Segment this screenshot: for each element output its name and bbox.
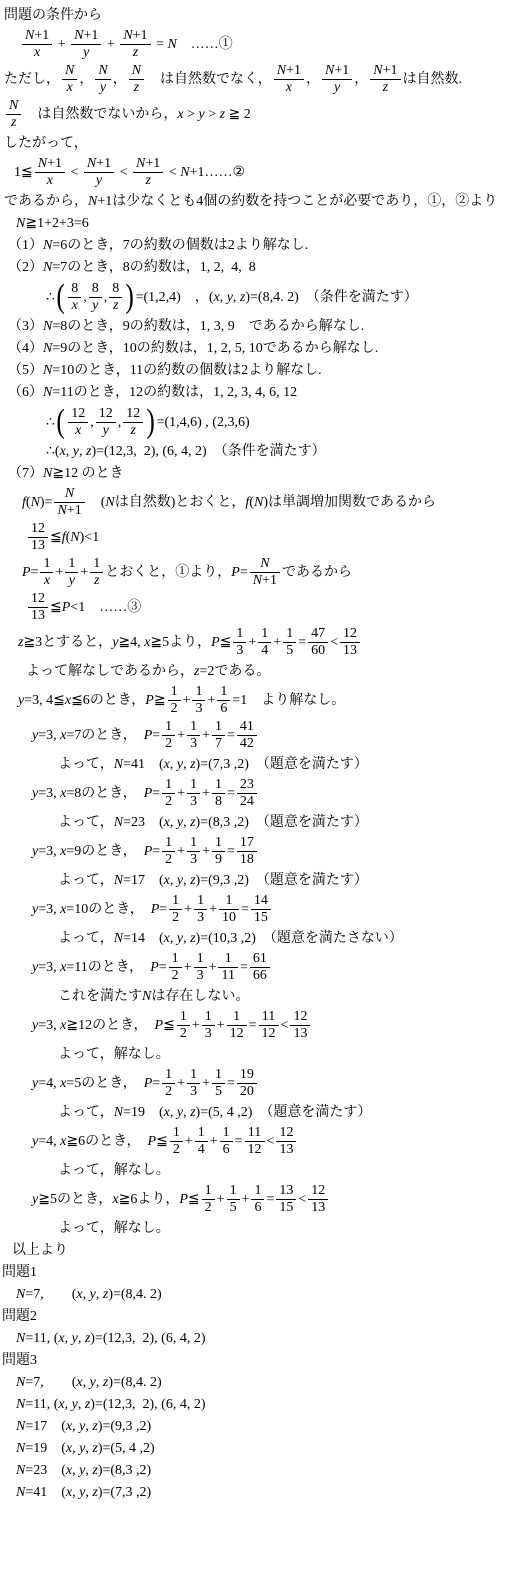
math-text: ∴ [46,287,55,308]
math-line-37: よって，解なし。 [58,1044,510,1065]
math-line-29: よって，N=23 (x, y, z)=(8,3 ,2) （題意を満たす） [58,812,510,833]
fraction: N+1z [370,63,400,96]
text: （題意を満たす） [249,754,368,775]
math-text: N=23 [16,1460,47,1481]
math-text: = [227,1073,235,1094]
math-text: + [209,957,217,978]
math-line-18: （7）N≧12 のとき [8,463,510,484]
text: （題意を満たす） [252,1102,371,1123]
fraction: 13 [192,684,205,717]
fraction-numerator: 8 [68,281,81,297]
math-text: + [80,562,88,583]
math-line-45: 問題1 [2,1262,510,1283]
text: より， [169,632,211,653]
math-text: ∴(x, y, z)=(12,3, 2), (6, 4, 2) [46,441,207,462]
fraction: 1213 [28,521,48,554]
fraction-denominator: z [90,572,103,589]
fraction: 12 [169,951,182,984]
math-text: + [184,899,192,920]
math-text: + [202,725,210,746]
math-text: y≧5 [32,1189,57,1210]
math-text: (x, y, z)=(10,3 ,2) [159,928,256,949]
math-text: = [227,841,235,862]
text: 問題1 [2,1262,37,1283]
fraction: 110 [219,893,239,926]
fraction: 12 [162,777,175,810]
math-text: + [54,34,69,55]
fraction-denominator: z [109,297,122,314]
fraction: 1718 [237,835,257,868]
math-text: < [330,632,338,653]
fraction-numerator: N+1 [71,28,101,44]
text: （2） [8,257,43,278]
fraction-denominator: x [35,172,65,189]
fraction-numerator: 1 [251,1183,264,1199]
fraction-denominator: 2 [162,1083,175,1100]
math-text: + [207,690,215,711]
fraction: 12 [170,1125,183,1158]
math-text: + [209,899,217,920]
fraction-denominator: 2 [168,700,181,717]
math-text: f(N)= [22,492,52,513]
math-text: + [202,841,210,862]
math-text: x > y > z ≧ 2 [177,104,250,125]
fraction-denominator: 15 [251,909,271,926]
fraction-numerator: N [54,486,84,502]
math-text: y=3, x=8 [32,783,81,804]
math-text: (x, y, z)=(12,3, 2), (6, 4, 2) [54,1394,206,1415]
math-text: y=3, x=10 [32,899,88,920]
math-line-33: よって，N=14 (x, y, z)=(10,3 ,2) （題意を満たさない） [58,928,510,949]
text [145,1102,159,1123]
math-line-32: y=3, x=10のとき， P=12+13+110=1415 [32,893,510,926]
fraction: 13 [187,835,200,868]
fraction-numerator: 12 [276,1125,296,1141]
fraction: 18 [212,777,225,810]
text [145,870,159,891]
text: （条件を満たす） [299,287,418,308]
math-text: + [210,1131,218,1152]
math-line-48: N=11, (x, y, z)=(12,3, 2), (6, 4, 2) [16,1328,510,1349]
fraction-numerator: 1 [212,777,225,793]
fraction-numerator: N+1 [133,156,163,172]
fraction-numerator: 1 [202,1009,215,1025]
math-text: + [177,1073,185,1094]
text: より解なし。 [247,690,345,711]
math-line-27: よって，N=41 (x, y, z)=(7,3 ,2) （題意を満たす） [58,754,510,775]
fraction-numerator: 1 [219,893,239,909]
fraction: 12 [177,1009,190,1042]
text: （5） [8,360,43,381]
math-text: ≦f(N)<1 [50,527,99,548]
fraction-denominator: y [84,172,114,189]
fraction: 1213 [308,1183,328,1216]
math-text: N [105,492,114,513]
text: は自然数でなく， [146,69,272,90]
fraction: 16 [220,1125,233,1158]
fraction-numerator: N+1 [370,63,400,79]
fraction-numerator: 12 [290,1009,310,1025]
math-text: (x, y, z)=(5, 4 ,2) [159,1102,252,1123]
fraction-denominator: 7 [212,735,225,752]
math-text: P= [144,725,160,746]
fraction-numerator: 1 [187,719,200,735]
math-text: y=3, x=7 [32,725,81,746]
math-text: < [281,1015,289,1036]
text: ( [87,492,106,513]
math-text: (x, y, z)=(8,3 ,2) [61,1460,151,1481]
math-line-13: （4）N=9のとき，10の約数は，1, 2, 5, 10であるから解なし. [8,338,510,359]
fraction-numerator: 1 [187,835,200,851]
math-text: N=41 [16,1482,47,1503]
math-text: P≦ [148,1131,168,1152]
math-text: + [55,562,63,583]
text: （4） [8,338,43,359]
text: よって解なしであるから， [26,661,194,682]
fraction: 1213 [290,1009,310,1042]
fraction: 12z [123,406,143,439]
math-line-35: これを満たすNは存在しない。 [58,986,510,1007]
fraction-numerator: 1 [187,777,200,793]
fraction-numerator: 13 [276,1183,296,1199]
math-text: (x, y, z)=(9,3 ,2) [61,1416,151,1437]
fraction-denominator: 3 [202,1025,215,1042]
math-text: + [273,632,281,653]
text: のとき， [81,1073,143,1094]
fraction-denominator: z [129,79,144,96]
fraction-denominator: 2 [169,967,182,984]
fraction-numerator: 12 [308,1183,328,1199]
fraction-numerator: 1 [218,951,237,967]
fraction-denominator: x [40,572,53,589]
fraction-denominator: z [123,422,143,439]
fraction-numerator: 1 [195,1125,208,1141]
math-text: (x, y, z)=(5, 4 ,2) [61,1438,154,1459]
math-text: (x, y, z)=(8,4. 2) [209,287,299,308]
math-text: =1 [232,690,247,711]
math-line-40: y=4, x≧6のとき， P≦12+14+16=1112<1213 [32,1125,510,1158]
fraction-denominator: 11 [218,967,237,984]
math-line-53: N=19 (x, y, z)=(5, 4 ,2) [16,1438,510,1459]
text: （題意を満たさない） [256,928,403,949]
fraction-denominator: 66 [250,967,270,984]
fraction-numerator: 1 [162,835,175,851]
fraction: 6166 [250,951,270,984]
text: ， [79,69,93,90]
text: であるから [282,562,352,583]
text [44,1284,72,1305]
big-paren: ) [147,405,155,439]
fraction-denominator: 60 [308,642,328,659]
fraction: 1y [65,556,78,589]
fraction-denominator: y [89,297,102,314]
fraction-numerator: 41 [237,719,257,735]
text: とおくと，①より， [105,562,231,583]
text: （題意を満たす） [249,812,368,833]
text: ， [181,287,209,308]
math-text: + [242,1189,250,1210]
fraction: 12 [169,893,182,926]
math-line-7: であるから，N+1は少なくとも4個の約数を持つことが必要であり，①，②より [4,191,510,212]
fraction-numerator: 1 [202,1183,215,1199]
fraction-denominator: z [133,172,163,189]
big-paren: ( [56,280,64,314]
fraction-numerator: 14 [251,893,271,909]
fraction: 1213 [340,626,360,659]
fraction-denominator: 3 [187,735,200,752]
fraction: 1415 [251,893,271,926]
fraction-numerator: 12 [28,521,48,537]
math-text: + [183,690,191,711]
text [44,1372,72,1393]
math-line-23: z≧3とすると，y≧4, x≧5より，P≦13+14+15=4760<1213 [18,626,510,659]
fraction: 13 [233,626,246,659]
text: のとき， [81,783,143,804]
math-text: , [83,287,87,308]
text: 問題の条件から [4,5,102,26]
math-text: = [266,1189,274,1210]
fraction-numerator: 11 [259,1009,279,1025]
fraction: 8x [68,281,81,314]
fraction-denominator: 6 [220,1141,233,1158]
fraction-numerator: 8 [109,281,122,297]
text: ， [354,69,368,90]
fraction-numerator: N+1 [120,28,150,44]
math-line-44: 以上より [12,1240,510,1261]
text: は自然数)とおくと， [115,492,246,513]
fraction-denominator: 3 [192,700,205,717]
text: のとき，10の約数は，1, 2, 5, 10であるから解なし. [67,338,378,359]
text [145,928,159,949]
fraction-denominator: N+1 [250,572,280,589]
math-text: y=3, 4≦x≦6 [18,690,90,711]
fraction-denominator: 5 [283,642,296,659]
fraction-denominator: 2 [162,851,175,868]
fraction: N+1x [274,63,304,96]
fraction: Nx [62,63,77,96]
text: のとき， [88,957,150,978]
math-text: N=8 [43,316,67,337]
fraction: Nz [6,98,21,131]
math-line-30: y=3, x=9のとき， P=12+13+19=1718 [32,835,510,868]
fraction: Ny [95,63,110,96]
math-line-38: y=4, x=5のとき， P=12+13+15=1920 [32,1067,510,1100]
fraction: N+1z [120,28,150,61]
text: ……③ [85,597,141,618]
math-line-21: P=1x+1y+1zとおくと，①より，P=NN+1であるから [22,556,510,589]
math-line-12: （3）N=8のとき，9の約数は，1, 3, 9 であるから解なし. [8,316,510,337]
math-text: ∴ [46,412,55,433]
text: のとき，11の約数の個数は2より解なし. [74,360,321,381]
fraction: 15 [283,626,296,659]
text: よって，解なし。 [58,1218,170,1239]
fraction-numerator: 1 [169,893,182,909]
fraction: 13 [187,777,200,810]
fraction-numerator: N+1 [322,63,352,79]
math-line-41: よって，解なし。 [58,1160,510,1181]
fraction-denominator: 2 [162,793,175,810]
math-text: P≦ [211,632,231,653]
math-line-24: よって解なしであるから，z=2である。 [26,661,510,682]
fraction-denominator: 13 [290,1025,310,1042]
fraction-numerator: N+1 [274,63,304,79]
fraction-numerator: 1 [65,556,78,572]
math-text: N=19 [114,1102,145,1123]
fraction-numerator: N+1 [22,28,52,44]
text: したがって， [4,133,88,154]
fraction: 1920 [237,1067,257,1100]
fraction-denominator: 18 [237,851,257,868]
fraction-denominator: 2 [162,735,175,752]
math-text: y=3, x=11 [32,957,88,978]
fraction-denominator: x [274,79,304,96]
math-text: = [240,957,248,978]
math-text: (x, y, z)=(8,4. 2) [72,1284,162,1305]
fraction: 16 [251,1183,264,1216]
fraction-numerator: 1 [162,1067,175,1083]
fraction-numerator: N [6,98,21,114]
text: ， [113,69,127,90]
math-text: N=23 [114,812,145,833]
fraction: 8z [109,281,122,314]
fraction-denominator: y [96,422,116,439]
fraction-numerator: N [62,63,77,79]
math-text: = [241,899,249,920]
fraction: 15 [227,1183,240,1216]
fraction-denominator: x [68,297,81,314]
fraction-numerator: 12 [96,406,116,422]
math-text: N=19 [16,1438,47,1459]
math-text: =(1,4,6) , (2,3,6) [157,412,250,433]
math-text: N=7 [43,257,67,278]
math-line-20: 1213≦f(N)<1 [26,521,510,554]
text [47,1416,61,1437]
math-text: + [103,34,118,55]
fraction-denominator: 13 [308,1199,328,1216]
math-text: N=11, [16,1328,50,1349]
fraction-numerator: 1 [212,719,225,735]
text: （7） [8,463,43,484]
math-text: + [202,1073,210,1094]
math-text: N=41 [114,754,145,775]
fraction-numerator: N [129,63,144,79]
fraction-numerator: 12 [28,591,48,607]
fraction-numerator: 1 [168,684,181,700]
fraction: N+1x [35,156,65,189]
text: よって， [58,870,114,891]
math-text: P= [22,562,38,583]
fraction-denominator: 42 [237,735,257,752]
fraction: 2324 [237,777,257,810]
fraction-denominator: 13 [276,1141,296,1158]
math-line-14: （5）N=10のとき，11の約数の個数は2より解なし. [8,360,510,381]
fraction-numerator: 1 [170,1125,183,1141]
fraction-numerator: 1 [194,951,207,967]
fraction-numerator: 1 [258,626,271,642]
text: のとき，9の約数は，1, 3, 9 であるから解なし. [67,316,364,337]
text: （3） [8,316,43,337]
fraction-denominator: 3 [187,793,200,810]
fraction: 1213 [276,1125,296,1158]
text: のとき [82,463,124,484]
math-text: P= [144,841,160,862]
fraction: 13 [194,951,207,984]
fraction-denominator: 5 [212,1083,225,1100]
math-text: N=7, [16,1284,44,1305]
fraction: N+1y [84,156,114,189]
math-text: y=4, x=5 [32,1073,81,1094]
math-line-11: ∴(8x,8y,8z)=(1,2,4) ，(x, y, z)=(8,4. 2) … [46,280,510,314]
fraction-denominator: N+1 [54,502,84,519]
math-text: = [227,783,235,804]
fraction: 8y [89,281,102,314]
fraction-numerator: 1 [169,951,182,967]
fraction: 17 [212,719,225,752]
fraction-numerator: 19 [237,1067,257,1083]
text: ……① [177,34,233,55]
text: よって，解なし。 [58,1160,170,1181]
fraction: 1112 [245,1125,265,1158]
fraction-denominator: 2 [177,1025,190,1042]
fraction: 15 [212,1067,225,1100]
math-text: P≦ [179,1189,199,1210]
math-text: N≧1+2+3=6 [16,213,89,234]
text: とすると， [42,632,112,653]
fraction-denominator: y [65,572,78,589]
fraction: N+1z [133,156,163,189]
fraction: 12x [68,406,88,439]
fraction-denominator: y [71,44,101,61]
fraction-denominator: 20 [237,1083,257,1100]
text: であるから， [4,191,88,212]
fraction-numerator: N [95,63,110,79]
math-line-2: N+1x + N+1y + N+1z = N ……① [20,28,510,61]
document: 問題の条件からN+1x + N+1y + N+1z = N ……①ただし，Nx，… [0,0,512,1512]
fraction-numerator: 61 [250,951,270,967]
text: は存在しない。 [151,986,249,1007]
text [145,812,159,833]
math-text: + [177,783,185,804]
math-line-4: Nz は自然数でないから，x > y > z ≧ 2 [4,98,510,131]
fraction: NN+1 [250,556,280,589]
fraction-denominator: 6 [217,700,230,717]
math-line-50: N=7, (x, y, z)=(8,4. 2) [16,1372,510,1393]
math-line-3: ただし，Nx，Ny，Nz は自然数でなく，N+1x，N+1y，N+1zは自然数. [4,63,510,96]
fraction: 1112 [259,1009,279,1042]
fraction-numerator: 1 [194,893,207,909]
math-text: y=3, x=9 [32,841,81,862]
fraction-numerator: 1 [90,556,103,572]
fraction-denominator: y [322,79,352,96]
math-text: + [217,1189,225,1210]
math-text: N=11 [43,382,74,403]
math-text: , [118,412,122,433]
fraction: 1315 [276,1183,296,1216]
fraction-numerator: 1 [192,684,205,700]
math-line-10: （2）N=7のとき，8の約数は，1, 2, 4, 8 [8,257,510,278]
fraction: 12 [202,1183,215,1216]
fraction-numerator: 8 [89,281,102,297]
math-text: = N [153,34,177,55]
fraction: 13 [202,1009,215,1042]
text: のとき， [81,725,143,746]
text: は自然数でないから， [23,104,177,125]
math-text: z=2 [194,661,214,682]
text: のとき，8の約数は，1, 2, 4, 8 [67,257,255,278]
math-text: y=4, x≧6 [32,1131,85,1152]
math-text: N=11, [16,1394,50,1415]
fraction: N+1y [322,63,352,96]
